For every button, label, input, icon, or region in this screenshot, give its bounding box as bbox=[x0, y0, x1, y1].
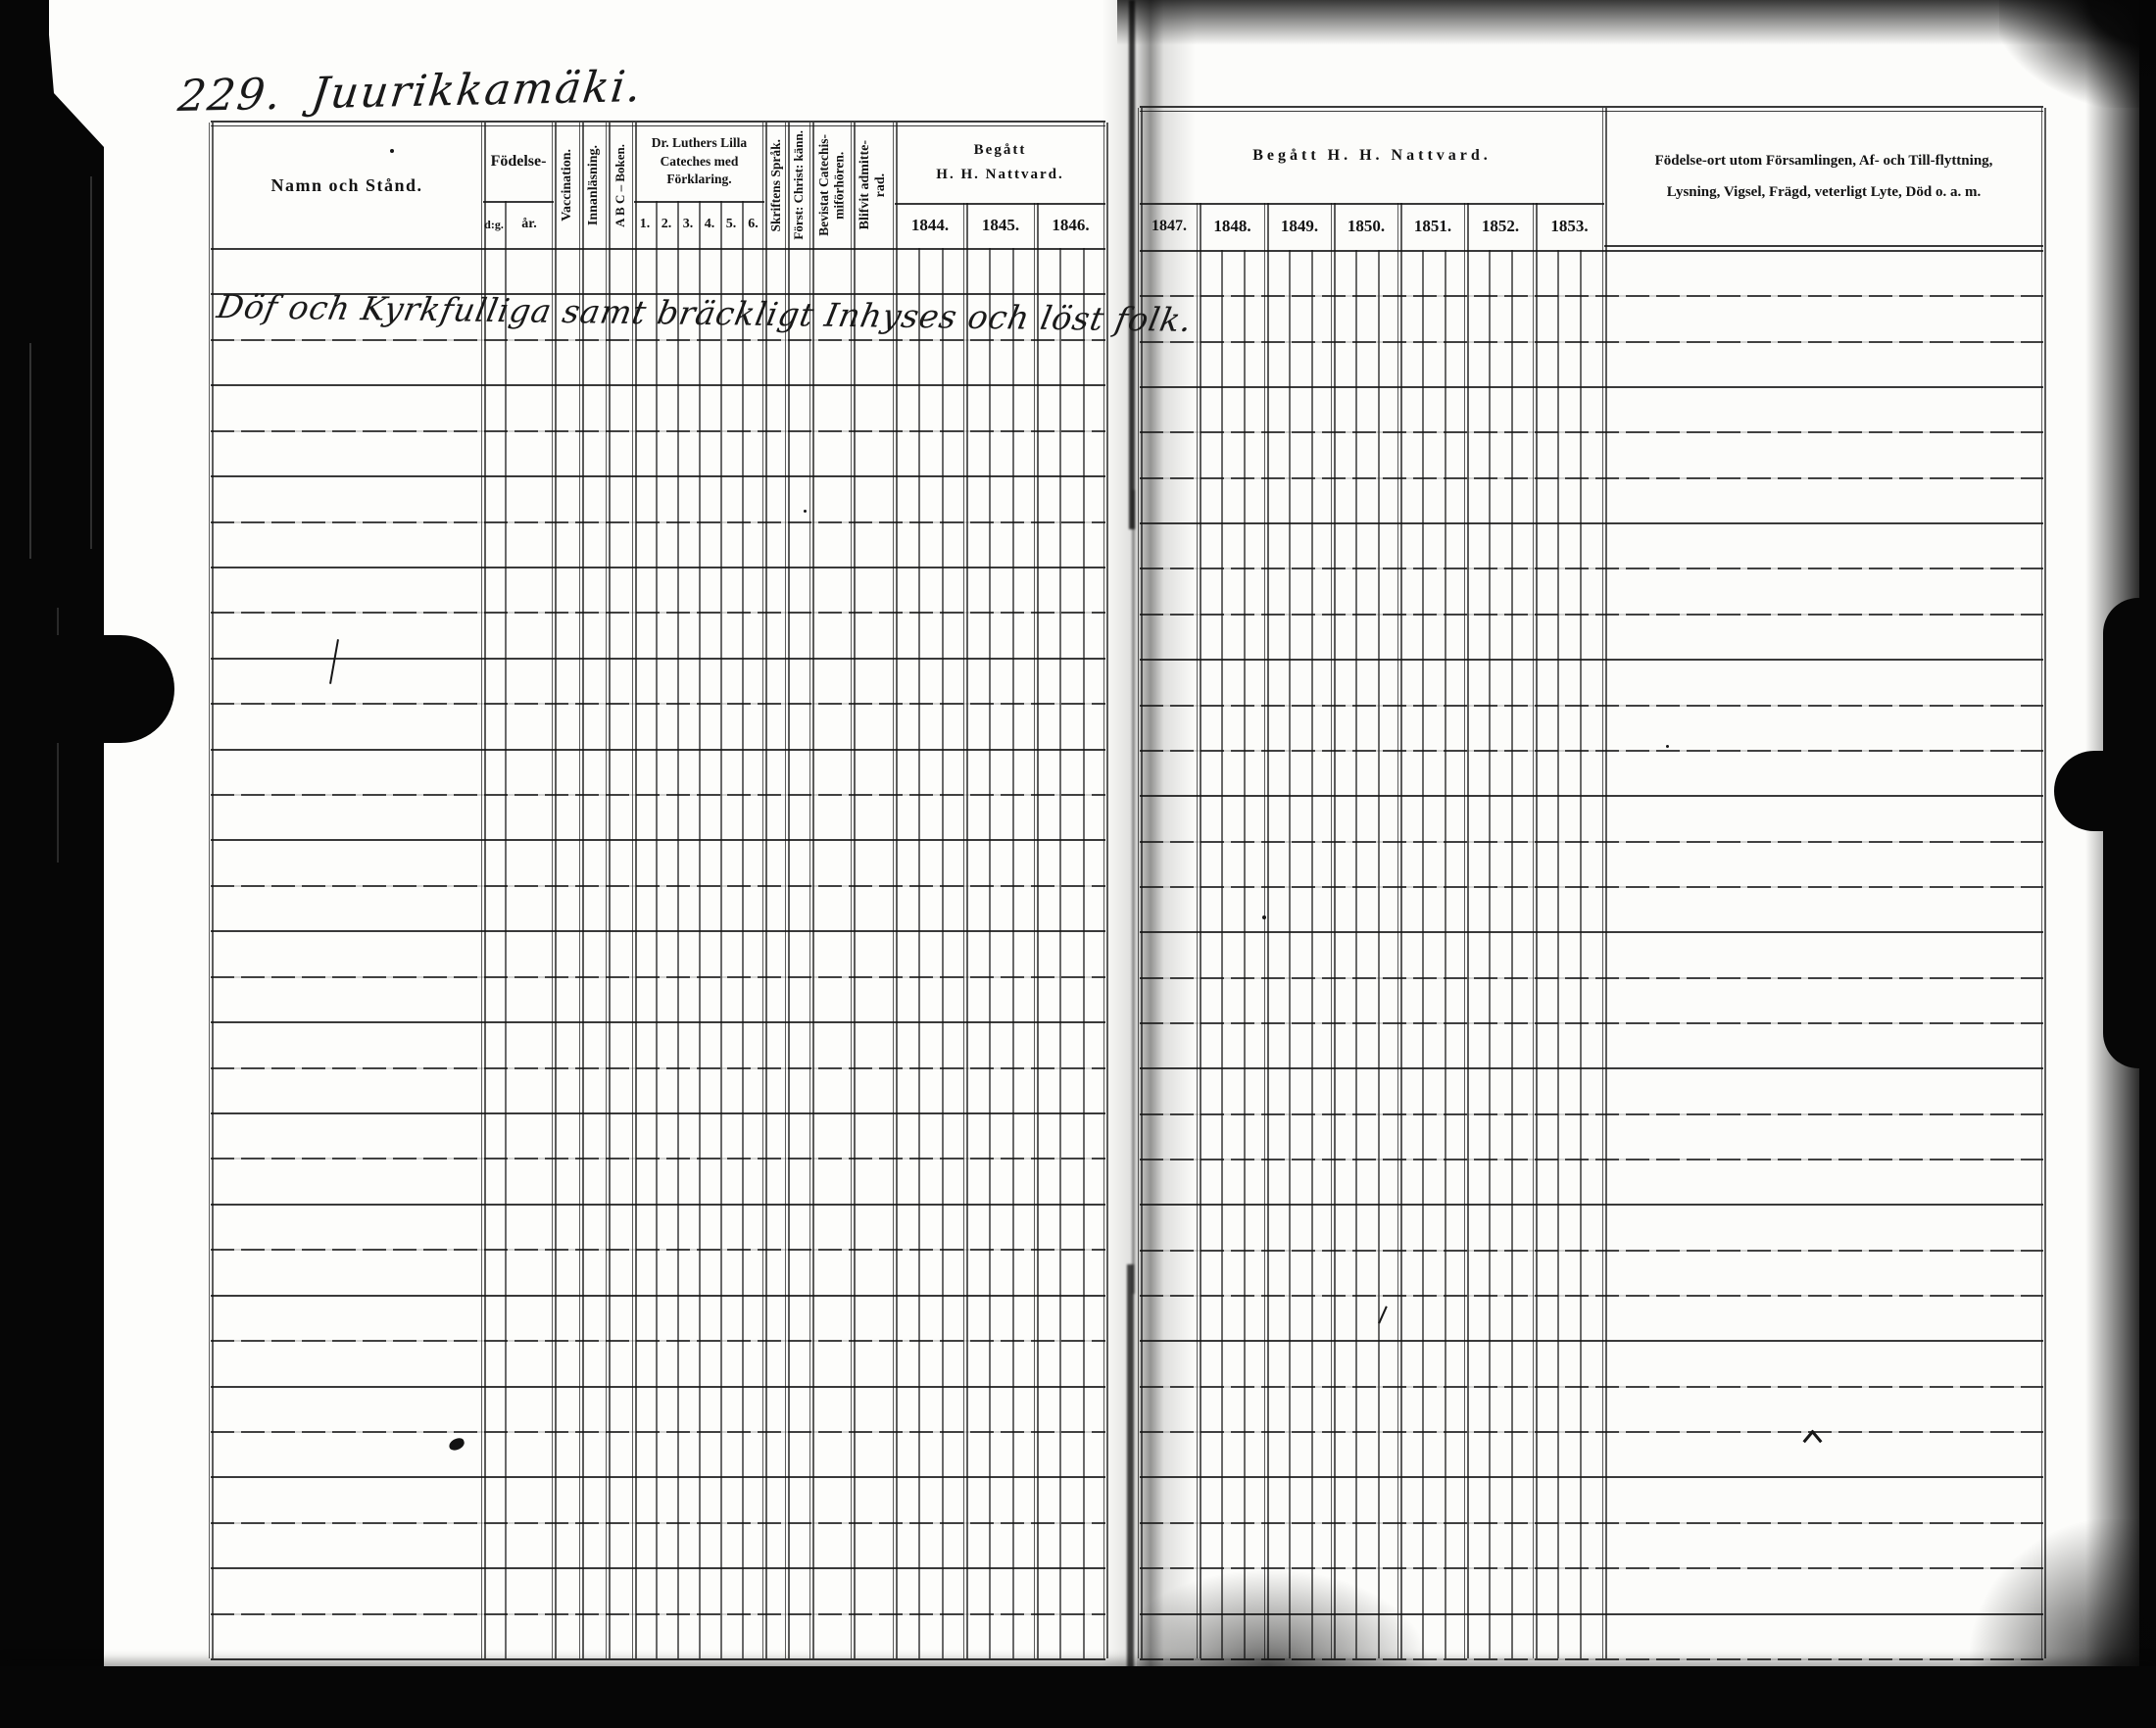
col-header-abc-book: A B C – Boken. bbox=[608, 123, 634, 248]
catechism-sub-4: 4. bbox=[699, 201, 720, 248]
year-header-1848: 1848. bbox=[1199, 203, 1266, 250]
holding-clip-left bbox=[0, 635, 174, 743]
col-header-birth-day: d:g. bbox=[483, 201, 505, 248]
abc-book-label: A B C – Boken. bbox=[613, 144, 628, 227]
col-header-catechism-group: Dr. Luthers Lilla Cateches med Förklarin… bbox=[634, 123, 764, 201]
year-header-1845: 1845. bbox=[965, 203, 1036, 248]
col-header-notes: Födelse-ort utom Församlingen, Af- och T… bbox=[1604, 108, 2043, 245]
notes-line2: Lysning, Vigsel, Frägd, veterligt Lyte, … bbox=[1667, 184, 1981, 201]
catechism-sub-2-label: 2. bbox=[661, 217, 672, 232]
col-header-scripture: Skriftens Språk. bbox=[764, 123, 787, 248]
scan-speck bbox=[1262, 915, 1266, 919]
catechism-sub-5: 5. bbox=[720, 201, 742, 248]
year-header-1851: 1851. bbox=[1399, 203, 1466, 250]
year-1851-label: 1851. bbox=[1414, 217, 1451, 236]
col-header-birth-group: Födelse- bbox=[483, 123, 554, 201]
year-header-1849: 1849. bbox=[1266, 203, 1333, 250]
bottom-smudge-fold bbox=[1137, 1568, 1431, 1666]
col-header-name-label: Namn och Stånd. bbox=[270, 175, 422, 196]
scan-border-right-bulge bbox=[2103, 598, 2156, 1068]
catechism-sub-5-label: 5. bbox=[726, 217, 737, 232]
col-header-reading: Innanläsning. bbox=[581, 123, 608, 248]
communion-left-line2: H. H. Nattvard. bbox=[936, 163, 1063, 188]
village-title: Juurikkamäki. bbox=[309, 62, 646, 119]
scan-border-top-corner bbox=[1999, 0, 2156, 108]
catechism-sub-1: 1. bbox=[634, 201, 656, 248]
catechism-sub-1-label: 1. bbox=[640, 217, 651, 232]
scan-border-left-scratch bbox=[29, 343, 31, 559]
year-header-1844: 1844. bbox=[895, 203, 965, 248]
catechism-line2: Cateches med bbox=[661, 153, 739, 172]
col-header-vaccination: Vaccination. bbox=[554, 123, 581, 248]
col-header-first-christianity: Först: Christ: känn. bbox=[787, 123, 811, 248]
catechism-sub-6: 6. bbox=[742, 201, 764, 248]
catechism-sub-4-label: 4. bbox=[705, 217, 715, 232]
communion-left-line1: Begått bbox=[974, 138, 1027, 164]
birth-day-label: d:g. bbox=[484, 218, 504, 232]
year-header-1847: 1847. bbox=[1140, 203, 1199, 250]
year-1846-label: 1846. bbox=[1052, 216, 1089, 235]
scan-border-bottom bbox=[0, 1666, 2156, 1728]
attended-exams-line1: Bevistat Catechis- bbox=[816, 134, 832, 236]
catechism-line3: Förklaring. bbox=[666, 171, 731, 189]
year-1853-label: 1853. bbox=[1550, 217, 1588, 236]
col-header-admitted: Blifvit admitte- rad. bbox=[853, 123, 895, 248]
year-header-1846: 1846. bbox=[1036, 203, 1105, 248]
bottom-smudge-right bbox=[1970, 1519, 2156, 1666]
attended-exams-line2: miförhören. bbox=[832, 134, 848, 236]
communion-right-title: Begått H. H. Nattvard. bbox=[1252, 147, 1492, 165]
col-header-name: Namn och Stånd. bbox=[211, 123, 483, 248]
col-header-attended-exams: Bevistat Catechis- miförhören. bbox=[811, 123, 853, 248]
scripture-label: Skriftens Språk. bbox=[768, 139, 784, 232]
catechism-sub-2: 2. bbox=[656, 201, 677, 248]
page-number: 229. bbox=[175, 70, 285, 122]
year-header-1850: 1850. bbox=[1333, 203, 1399, 250]
form-grid bbox=[0, 0, 2156, 1728]
col-header-birth-year: år. bbox=[505, 201, 554, 248]
scan-speck bbox=[804, 510, 807, 513]
page-number-and-village-title: 229. Juurikkamäki. bbox=[175, 62, 646, 122]
scan-border-left bbox=[0, 0, 104, 1728]
year-header-1853: 1853. bbox=[1535, 203, 1604, 250]
admitted-line1: Blifvit admitte- bbox=[857, 140, 873, 229]
year-1847-label: 1847. bbox=[1151, 218, 1187, 235]
year-1850-label: 1850. bbox=[1347, 217, 1385, 236]
scan-border-left-scratch bbox=[90, 176, 92, 549]
year-1852-label: 1852. bbox=[1482, 217, 1519, 236]
year-1848-label: 1848. bbox=[1213, 217, 1250, 236]
birth-group-label: Födelse- bbox=[491, 153, 547, 171]
vaccination-label: Vaccination. bbox=[560, 149, 575, 222]
catechism-sub-6-label: 6. bbox=[748, 217, 759, 232]
admitted-line2: rad. bbox=[874, 140, 890, 229]
catechism-line1: Dr. Luthers Lilla bbox=[652, 134, 747, 153]
birth-year-label: år. bbox=[521, 217, 536, 232]
year-header-1852: 1852. bbox=[1466, 203, 1535, 250]
year-1845-label: 1845. bbox=[982, 216, 1019, 235]
catechism-sub-3: 3. bbox=[677, 201, 699, 248]
year-1844-label: 1844. bbox=[911, 216, 949, 235]
holding-clip-right bbox=[2054, 751, 2156, 831]
col-header-communion-left: Begått H. H. Nattvard. bbox=[895, 123, 1105, 203]
year-1849-label: 1849. bbox=[1281, 217, 1318, 236]
col-header-communion-right: Begått H. H. Nattvard. bbox=[1140, 108, 1604, 203]
book-scan: Namn och Stånd. Födelse- d:g. år. Vaccin… bbox=[0, 0, 2156, 1728]
notes-line1: Födelse-ort utom Församlingen, Af- och T… bbox=[1655, 153, 1993, 170]
scan-speck bbox=[1666, 745, 1669, 748]
reading-label: Innanläsning. bbox=[586, 145, 602, 225]
scan-speck bbox=[390, 149, 394, 153]
catechism-sub-3-label: 3. bbox=[683, 217, 694, 232]
first-christianity-label: Först: Christ: känn. bbox=[792, 130, 807, 240]
